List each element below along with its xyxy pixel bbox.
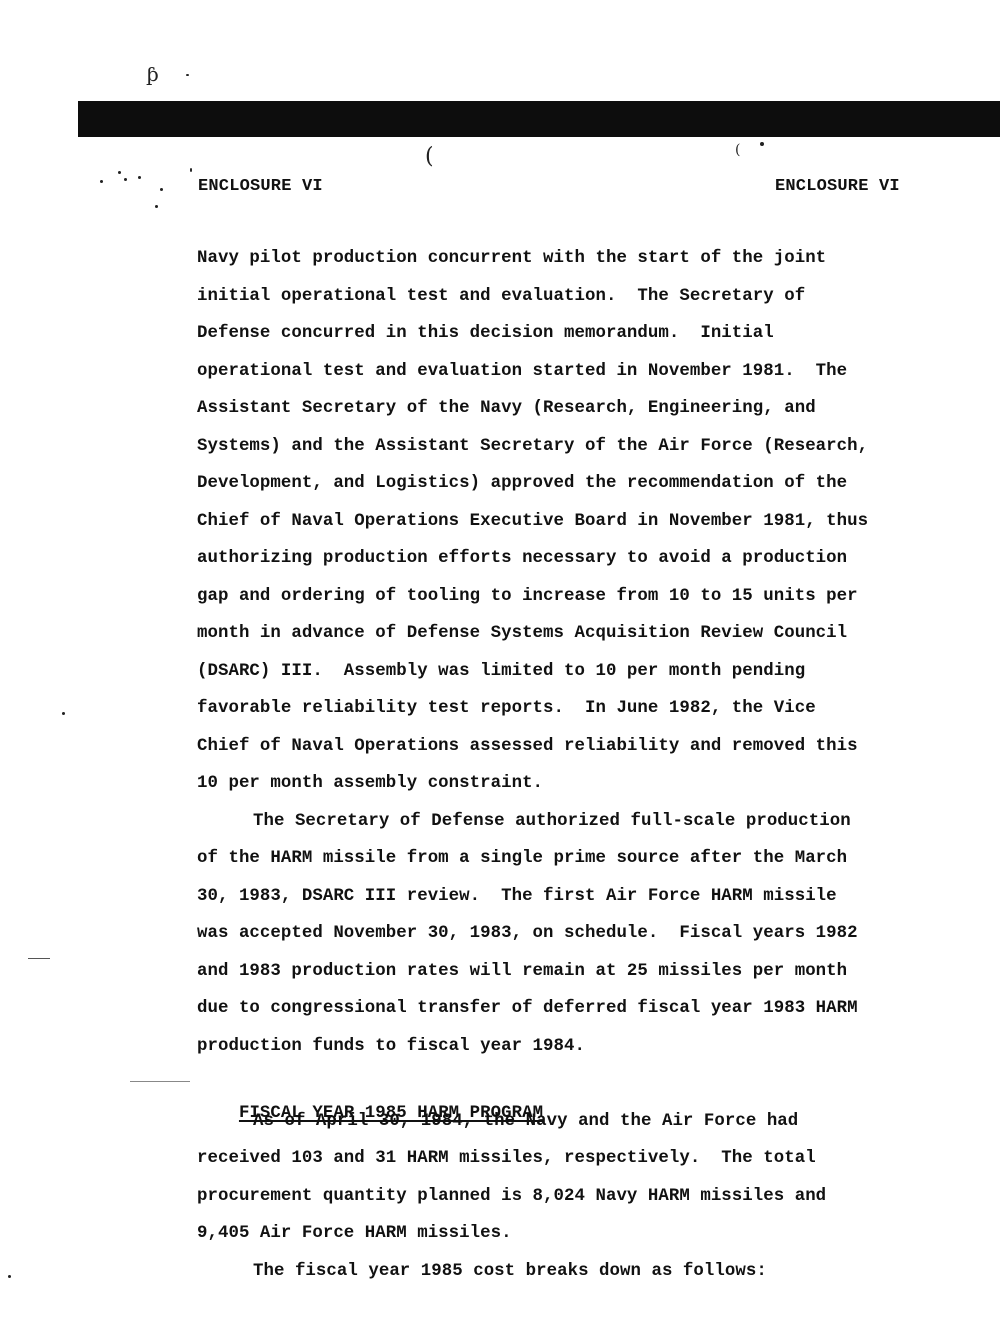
text-line: Chief of Naval Operations Executive Boar… bbox=[197, 507, 957, 545]
text-line: Assistant Secretary of the Navy (Researc… bbox=[197, 394, 957, 432]
scan-speck bbox=[760, 142, 764, 146]
scan-speck bbox=[138, 176, 141, 179]
enclosure-label-left: ENCLOSURE VI bbox=[198, 177, 323, 196]
text-line: of the HARM missile from a single prime … bbox=[197, 844, 957, 882]
paragraph-cost-intro: The fiscal year 1985 cost breaks down as… bbox=[197, 1257, 957, 1295]
text-line: authorizing production efforts necessary… bbox=[197, 544, 957, 582]
text-line: 30, 1983, DSARC III review. The first Ai… bbox=[197, 882, 957, 920]
text-line: was accepted November 30, 1983, on sched… bbox=[197, 919, 957, 957]
text-line: 9,405 Air Force HARM missiles. bbox=[197, 1219, 957, 1257]
text-line: operational test and evaluation started … bbox=[197, 357, 957, 395]
text-line: The Secretary of Defense authorized full… bbox=[197, 807, 957, 845]
scan-mark: ƥ bbox=[146, 64, 159, 84]
scan-mark: ( bbox=[425, 146, 434, 168]
text-line: The fiscal year 1985 cost breaks down as… bbox=[197, 1257, 957, 1295]
text-line: procurement quantity planned is 8,024 Na… bbox=[197, 1182, 957, 1220]
paragraph-production-authorization: The Secretary of Defense authorized full… bbox=[197, 807, 957, 1070]
paragraph-continuation: Navy pilot production concurrent with th… bbox=[197, 244, 957, 807]
document-body: Navy pilot production concurrent with th… bbox=[197, 244, 957, 1294]
text-line: and 1983 production rates will remain at… bbox=[197, 957, 957, 995]
heading-leader-rule bbox=[130, 1081, 190, 1082]
scan-dash bbox=[28, 958, 50, 959]
text-line: received 103 and 31 HARM missiles, respe… bbox=[197, 1144, 957, 1182]
scan-mark: ( bbox=[735, 143, 740, 157]
text-line: Defense concurred in this decision memor… bbox=[197, 319, 957, 357]
text-line: Chief of Naval Operations assessed relia… bbox=[197, 732, 957, 770]
text-line: Development, and Logistics) approved the… bbox=[197, 469, 957, 507]
text-line: (DSARC) III. Assembly was limited to 10 … bbox=[197, 657, 957, 695]
text-line: favorable reliability test reports. In J… bbox=[197, 694, 957, 732]
text-line: Navy pilot production concurrent with th… bbox=[197, 244, 957, 282]
text-line: gap and ordering of tooling to increase … bbox=[197, 582, 957, 620]
text-line: initial operational test and evaluation.… bbox=[197, 282, 957, 320]
scan-speck bbox=[186, 74, 189, 76]
text-line: Systems) and the Assistant Secretary of … bbox=[197, 432, 957, 470]
scan-speck bbox=[155, 205, 158, 208]
text-line: 10 per month assembly constraint. bbox=[197, 769, 957, 807]
enclosure-label-right: ENCLOSURE VI bbox=[775, 177, 900, 196]
text-line: month in advance of Defense Systems Acqu… bbox=[197, 619, 957, 657]
scan-speck bbox=[190, 168, 192, 172]
scan-speck bbox=[160, 188, 163, 191]
text-line: due to congressional transfer of deferre… bbox=[197, 994, 957, 1032]
section-heading-row: FISCAL YEAR 1985 HARM PROGRAM bbox=[197, 1069, 957, 1107]
scan-speck bbox=[62, 712, 65, 715]
redaction-bar bbox=[78, 101, 1000, 137]
scan-speck bbox=[100, 180, 103, 183]
scan-speck bbox=[8, 1275, 11, 1278]
text-line: production funds to fiscal year 1984. bbox=[197, 1032, 957, 1070]
paragraph-missiles-received: As of April 30, 1984, the Navy and the A… bbox=[197, 1107, 957, 1257]
scan-speck bbox=[124, 178, 127, 181]
text-line: As of April 30, 1984, the Navy and the A… bbox=[197, 1107, 957, 1145]
scan-speck bbox=[118, 171, 121, 174]
